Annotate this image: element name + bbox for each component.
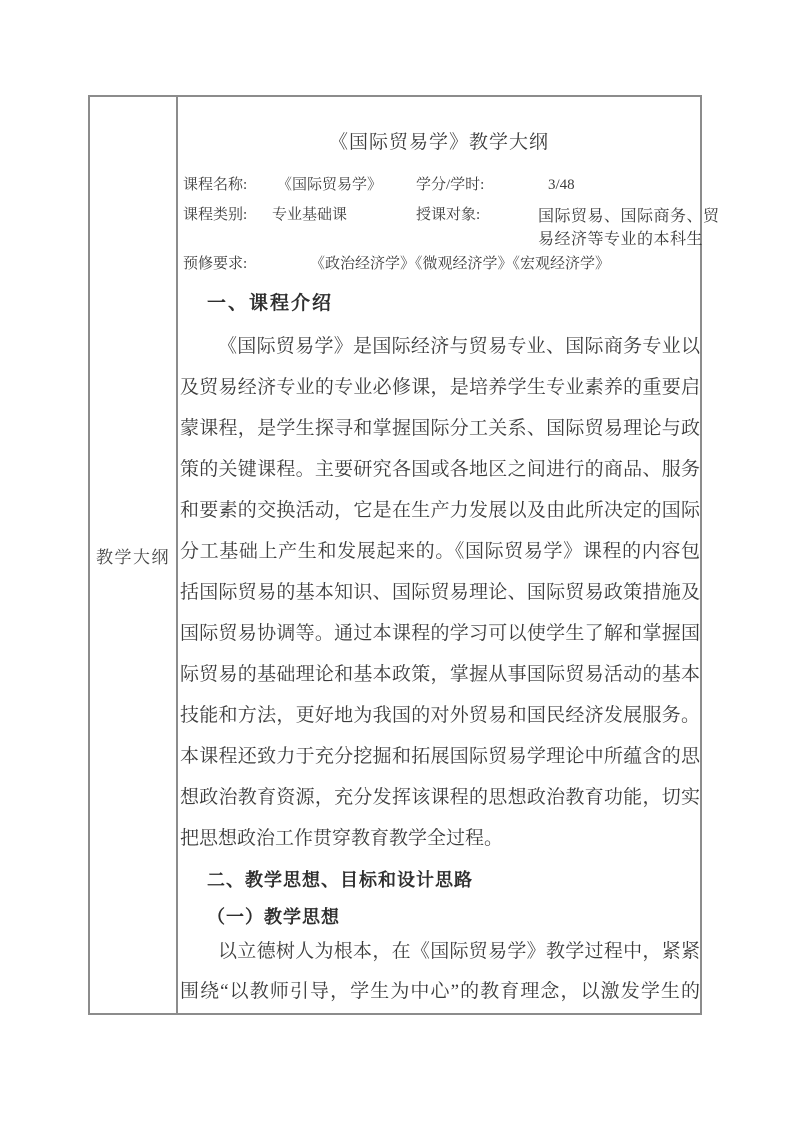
section-heading-course-intro: 一、课程介绍 — [207, 292, 333, 316]
text-line: 际贸易的基础理论和基本政策，掌握从事国际贸易活动的基本 — [180, 654, 700, 695]
text-line: 技能和方法，更好地为我国的对外贸易和国民经济发展服务。 — [180, 695, 700, 736]
credits-hours-label: 学分/学时: — [416, 175, 484, 195]
text-line: 国际贸易协调等。通过本课程的学习可以使学生了解和掌握国 — [180, 613, 700, 654]
row-header-label: 教学大纲 — [96, 543, 170, 568]
table-content-cell: 《国际贸易学》教学大纲 课程名称: 《国际贸易学》 学分/学时: 3/48 课程… — [178, 97, 700, 1013]
prerequisites-value: 《政治经济学》《微观经济学》《宏观经济学》 — [310, 254, 610, 274]
course-type-label: 课程类别: — [183, 205, 247, 225]
text-line: 把思想政治工作贯穿教育教学全过程。 — [180, 818, 700, 859]
text-line: 以立德树人为根本，在《国际贸易学》教学过程中，紧紧 — [180, 932, 700, 972]
course-name-value: 《国际贸易学》 — [277, 175, 382, 195]
text-line: 蒙课程，是学生探寻和掌握国际分工关系、国际贸易理论与政 — [180, 408, 700, 449]
credits-hours-value: 3/48 — [548, 175, 575, 195]
document-page: 教学大纲 《国际贸易学》教学大纲 课程名称: 《国际贸易学》 学分/学时: 3/… — [0, 0, 794, 1123]
text-line: 《国际贸易学》是国际经济与贸易专业、国际商务专业以 — [180, 326, 700, 367]
text-line: 策的关键课程。主要研究各国或各地区之间进行的商品、服务 — [180, 449, 700, 490]
document-title: 《国际贸易学》教学大纲 — [178, 127, 700, 154]
section-heading-teaching-thought-goals: 二、教学思想、目标和设计思路 — [207, 868, 473, 892]
table-row-header-cell: 教学大纲 — [90, 97, 178, 1013]
subsection-heading-teaching-thought: （一）教学思想 — [207, 905, 340, 929]
audience-value-line2: 易经济等专业的本科生 — [538, 228, 720, 251]
text-line: 和要素的交换活动，它是在生产力发展以及由此所决定的国际 — [180, 490, 700, 531]
audience-value-line1: 国际贸易、国际商务、贸 — [538, 205, 720, 228]
text-line: 想政治教育资源，充分发挥该课程的思想政治教育功能，切实 — [180, 777, 700, 818]
course-intro-paragraph: 《国际贸易学》是国际经济与贸易专业、国际商务专业以 及贸易经济专业的专业必修课，… — [180, 326, 700, 859]
syllabus-table: 教学大纲 《国际贸易学》教学大纲 课程名称: 《国际贸易学》 学分/学时: 3/… — [88, 95, 702, 1015]
text-line: 本课程还致力于充分挖掘和拓展国际贸易学理论中所蕴含的思 — [180, 736, 700, 777]
prerequisites-label: 预修要求: — [183, 254, 247, 274]
course-type-value: 专业基础课 — [272, 205, 347, 225]
course-name-label: 课程名称: — [183, 175, 247, 195]
text-line: 括国际贸易的基本知识、国际贸易理论、国际贸易政策措施及 — [180, 572, 700, 613]
teaching-thought-paragraph: 以立德树人为根本，在《国际贸易学》教学过程中，紧紧 围绕“以教师引导，学生为中心… — [180, 932, 700, 1012]
audience-label: 授课对象: — [416, 205, 480, 225]
text-line: 围绕“以教师引导，学生为中心”的教育理念，以激发学生的 — [180, 972, 700, 1012]
text-line: 及贸易经济专业的专业必修课，是培养学生专业素养的重要启 — [180, 367, 700, 408]
text-line: 分工基础上产生和发展起来的。《国际贸易学》课程的内容包 — [180, 531, 700, 572]
audience-value: 国际贸易、国际商务、贸 易经济等专业的本科生 — [538, 205, 720, 251]
